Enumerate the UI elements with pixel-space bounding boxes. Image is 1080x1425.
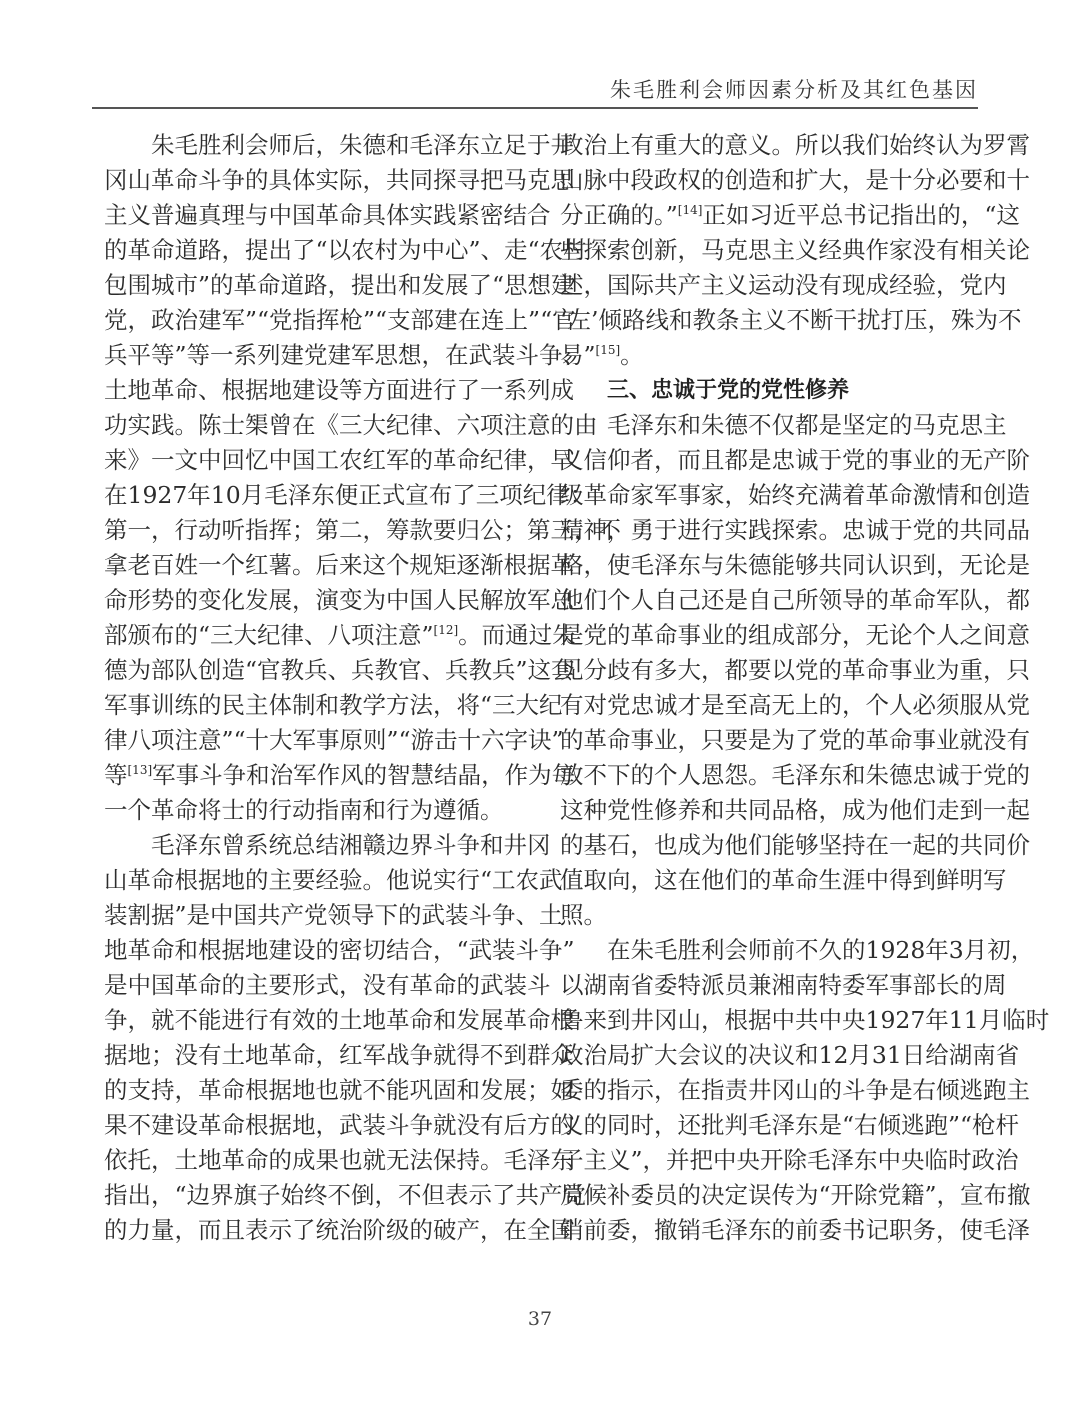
text-line: 依托，土地革命的成果也就无法保持。毛泽东 — [104, 1143, 522, 1178]
line-text: 据地；没有土地革命，红军战争就得不到群众 — [104, 1041, 574, 1069]
line-text: 政治上有重大的意义。所以我们始终认为罗霄 — [560, 131, 1030, 159]
line-text: 易” — [560, 341, 596, 369]
line-text: 以湖南省委特派员兼湘南特委军事部长的周 — [560, 971, 1007, 999]
text-line: 主义普遍真理与中国革命具体实践紧密结合 — [104, 198, 522, 233]
line-text: 兵平等”等一系列建党建军思想，在武装斗争、 — [104, 341, 586, 369]
line-text: 毛泽东曾系统总结湘赣边界斗争和井冈 — [151, 831, 551, 859]
text-line: 据地；没有土地革命，红军战争就得不到群众 — [104, 1038, 522, 1073]
line-text: 毛泽东和朱德不仅都是坚定的马克思主 — [607, 411, 1007, 439]
line-text: 见分歧有多大，都要以党的革命事业为重，只 — [560, 656, 1030, 684]
text-line: 值取向，这在他们的革命生涯中得到鲜明写 — [560, 863, 978, 898]
text-line: 等[13]军事斗争和治军作风的智慧结晶，作为每 — [104, 758, 522, 793]
right-column: 政治上有重大的意义。所以我们始终认为罗霄山脉中段政权的创造和扩大，是十分必要和十… — [560, 128, 978, 1248]
line-text: 的革命道路，提出了“以农村为中心”、走“农村 — [104, 236, 587, 264]
line-text: 地革命和根据地建设的密切结合，“武装斗争” — [104, 936, 575, 964]
line-text: 冈山革命斗争的具体实际，共同探寻把马克思 — [104, 166, 574, 194]
line-text: 依托，土地革命的成果也就无法保持。毛泽东 — [104, 1146, 574, 1174]
left-column: 朱毛胜利会师后，朱德和毛泽东立足于井冈山革命斗争的具体实际，共同探寻把马克思主义… — [104, 128, 522, 1248]
text-line: 律八项注意”“十大军事原则”“游击十六字诀” — [104, 723, 522, 758]
text-line: 些探索创新，马克思主义经典作家没有相关论 — [560, 233, 978, 268]
text-line: 功实践。陈士榘曾在《三大纪律、六项注意的由 — [104, 408, 522, 443]
text-line: 局候补委员的决定误传为“开除党籍”，宣布撤 — [560, 1178, 978, 1213]
line-text: 在朱毛胜利会师前不久的1928年3月初， — [607, 936, 1034, 964]
text-line: 易”[15]。 — [560, 338, 978, 373]
text-line: 这种党性修养和共同品格，成为他们走到一起 — [560, 793, 978, 828]
line-text: 山革命根据地的主要经验。他说实行“工农武 — [104, 866, 563, 894]
line-text: 功实践。陈士榘曾在《三大纪律、六项注意的由 — [104, 411, 598, 439]
line-text: 的基石，也成为他们能够坚持在一起的共同价 — [560, 831, 1030, 859]
text-line: 的基石，也成为他们能够坚持在一起的共同价 — [560, 828, 978, 863]
footnote-reference[interactable]: [13] — [128, 763, 153, 777]
line-text: 精神，勇于进行实践探索。忠诚于党的共同品 — [560, 516, 1030, 544]
section-heading: 三、忠诚于党的党性修养 — [560, 373, 978, 408]
line-text: 一个革命将士的行动指南和行为遵循。 — [104, 796, 504, 824]
text-line: 以湖南省委特派员兼湘南特委军事部长的周 — [560, 968, 978, 1003]
text-line: 山脉中段政权的创造和扩大，是十分必要和十 — [560, 163, 978, 198]
text-line: 在朱毛胜利会师前不久的1928年3月初， — [560, 933, 978, 968]
line-text: 级革命家军事家，始终充满着革命激情和创造 — [560, 481, 1030, 509]
line-text: 党，政治建军”“党指挥枪”“支部建在连上”“官 — [104, 306, 576, 334]
line-text: 拿老百姓一个红薯。后来这个规矩逐渐根据革 — [104, 551, 574, 579]
line-text: 是党的革命事业的组成部分，无论个人之间意 — [560, 621, 1030, 649]
text-line: 的革命道路，提出了“以农村为中心”、走“农村 — [104, 233, 522, 268]
text-line: 述，国际共产主义运动没有现成经验，党内 — [560, 268, 978, 303]
line-text: 销前委，撤销毛泽东的前委书记职务，使毛泽 — [560, 1216, 1030, 1244]
line-text: 局候补委员的决定误传为“开除党籍”，宣布撤 — [560, 1181, 1031, 1209]
text-line: 一个革命将士的行动指南和行为遵循。 — [104, 793, 522, 828]
text-line: 土地革命、根据地建设等方面进行了一系列成 — [104, 373, 522, 408]
line-text: 子主义”，并把中央开除毛泽东中央临时政治 — [560, 1146, 1019, 1174]
text-line: 放不下的个人恩怨。毛泽东和朱德忠诚于党的 — [560, 758, 978, 793]
line-text: 述，国际共产主义运动没有现成经验，党内 — [560, 271, 1007, 299]
text-line: 的力量，而且表示了统治阶级的破产，在全国 — [104, 1213, 522, 1248]
line-text: 部颁布的“三大纪律、八项注意” — [104, 621, 434, 649]
line-text: 命形势的变化发展，演变为中国人民解放军总 — [104, 586, 574, 614]
line-text-continued: 。而通过朱 — [458, 621, 576, 649]
text-line: 德为部队创造“官教兵、兵教官、兵教兵”这套 — [104, 653, 522, 688]
text-line: 地革命和根据地建设的密切结合，“武装斗争” — [104, 933, 522, 968]
text-line: 兵平等”等一系列建党建军思想，在武装斗争、 — [104, 338, 522, 373]
text-line: 毛泽东和朱德不仅都是坚定的马克思主 — [560, 408, 978, 443]
text-line: 来》一文中回忆中国工农红军的革命纪律，早 — [104, 443, 522, 478]
text-line: 销前委，撤销毛泽东的前委书记职务，使毛泽 — [560, 1213, 978, 1248]
line-text: 律八项注意”“十大军事原则”“游击十六字诀” — [104, 726, 564, 754]
line-text: 朱毛胜利会师后，朱德和毛泽东立足于井 — [151, 131, 574, 159]
line-text-continued: 正如习近平总书记指出的，“这 — [702, 201, 1020, 229]
text-line: 鲁来到井冈山，根据中共中央1927年11月临时 — [560, 1003, 978, 1038]
line-text: 山脉中段政权的创造和扩大，是十分必要和十 — [560, 166, 1030, 194]
line-text: 放不下的个人恩怨。毛泽东和朱德忠诚于党的 — [560, 761, 1030, 789]
text-line: 义的同时，还批判毛泽东是“右倾逃跑”“枪杆 — [560, 1108, 978, 1143]
text-line: 果不建设革命根据地，武装斗争就没有后方的 — [104, 1108, 522, 1143]
text-line: 他们个人自己还是自己所领导的革命军队，都 — [560, 583, 978, 618]
line-text: 分正确的。” — [560, 201, 678, 229]
text-line: 政治局扩大会议的决议和12月31日给湖南省 — [560, 1038, 978, 1073]
text-line: 第一，行动听指挥；第二，筹款要归公；第三，不 — [104, 513, 522, 548]
line-text: 格，使毛泽东与朱德能够共同认识到，无论是 — [560, 551, 1030, 579]
text-line: 指出，“边界旗子始终不倒，不但表示了共产党 — [104, 1178, 522, 1213]
text-line: 山革命根据地的主要经验。他说实行“工农武 — [104, 863, 522, 898]
line-text: ‘左’倾路线和教条主义不断干扰打压，殊为不 — [560, 306, 1021, 334]
text-line: 照。 — [560, 898, 978, 933]
line-text: 委的指示，在指责井冈山的斗争是右倾逃跑主 — [560, 1076, 1030, 1104]
line-text: 第一，行动听指挥；第二，筹款要归公；第三，不 — [104, 516, 621, 544]
line-text: 他们个人自己还是自己所领导的革命军队，都 — [560, 586, 1030, 614]
text-line: 的革命事业，只要是为了党的革命事业就没有 — [560, 723, 978, 758]
footnote-reference[interactable]: [14] — [678, 203, 703, 217]
text-line: 在1927年10月毛泽东便正式宣布了三项纪律： — [104, 478, 522, 513]
text-line: 是党的革命事业的组成部分，无论个人之间意 — [560, 618, 978, 653]
line-text: 鲁来到井冈山，根据中共中央1927年11月临时 — [560, 1006, 1049, 1034]
line-text: 指出，“边界旗子始终不倒，不但表示了共产党 — [104, 1181, 586, 1209]
line-text: 土地革命、根据地建设等方面进行了一系列成 — [104, 376, 574, 404]
text-line: 格，使毛泽东与朱德能够共同认识到，无论是 — [560, 548, 978, 583]
line-text: 照。 — [560, 901, 607, 929]
text-line: ‘左’倾路线和教条主义不断干扰打压，殊为不 — [560, 303, 978, 338]
header-rule — [92, 107, 978, 109]
text-line: 精神，勇于进行实践探索。忠诚于党的共同品 — [560, 513, 978, 548]
line-text: 值取向，这在他们的革命生涯中得到鲜明写 — [560, 866, 1007, 894]
line-text: 这种党性修养和共同品格，成为他们走到一起 — [560, 796, 1030, 824]
line-text: 包围城市”的革命道路，提出和发展了“思想建 — [104, 271, 575, 299]
line-text: 的支持，革命根据地也就不能巩固和发展；如 — [104, 1076, 574, 1104]
text-line: 包围城市”的革命道路，提出和发展了“思想建 — [104, 268, 522, 303]
line-text: 的力量，而且表示了统治阶级的破产，在全国 — [104, 1216, 574, 1244]
text-line: 部颁布的“三大纪律、八项注意”[12]。而通过朱 — [104, 618, 522, 653]
text-line: 义信仰者，而且都是忠诚于党的事业的无产阶 — [560, 443, 978, 478]
line-text: 装割据”是中国共产党领导下的武装斗争、土 — [104, 901, 563, 929]
text-line: 政治上有重大的意义。所以我们始终认为罗霄 — [560, 128, 978, 163]
page-number: 37 — [0, 1308, 1080, 1330]
text-line: 的支持，革命根据地也就不能巩固和发展；如 — [104, 1073, 522, 1108]
text-line: 命形势的变化发展，演变为中国人民解放军总 — [104, 583, 522, 618]
line-text-continued: 。 — [620, 341, 644, 369]
line-text: 政治局扩大会议的决议和12月31日给湖南省 — [560, 1041, 1019, 1069]
text-line: 有对党忠诚才是至高无上的，个人必须服从党 — [560, 688, 978, 723]
text-line: 见分歧有多大，都要以党的革命事业为重，只 — [560, 653, 978, 688]
footnote-reference[interactable]: [15] — [596, 343, 621, 357]
line-text: 等 — [104, 761, 128, 789]
line-text-continued: 军事斗争和治军作风的智慧结晶，作为每 — [152, 761, 575, 789]
text-line: 朱毛胜利会师后，朱德和毛泽东立足于井 — [104, 128, 522, 163]
text-line: 争，就不能进行有效的土地革命和发展革命根 — [104, 1003, 522, 1038]
line-text: 些探索创新，马克思主义经典作家没有相关论 — [560, 236, 1030, 264]
text-line: 级革命家军事家，始终充满着革命激情和创造 — [560, 478, 978, 513]
line-text: 来》一文中回忆中国工农红军的革命纪律，早 — [104, 446, 574, 474]
line-text: 在1927年10月毛泽东便正式宣布了三项纪律： — [104, 481, 593, 509]
text-line: 冈山革命斗争的具体实际，共同探寻把马克思 — [104, 163, 522, 198]
line-text: 义的同时，还批判毛泽东是“右倾逃跑”“枪杆 — [560, 1111, 1019, 1139]
line-text: 军事训练的民主体制和教学方法，将“三大纪 — [104, 691, 563, 719]
line-text: 德为部队创造“官教兵、兵教官、兵教兵”这套 — [104, 656, 575, 684]
line-text: 主义普遍真理与中国革命具体实践紧密结合 — [104, 201, 551, 229]
line-text: 三、忠诚于党的党性修养 — [607, 378, 849, 403]
text-line: 军事训练的民主体制和教学方法，将“三大纪 — [104, 688, 522, 723]
line-text: 是中国革命的主要形式，没有革命的武装斗 — [104, 971, 551, 999]
text-line: 毛泽东曾系统总结湘赣边界斗争和井冈 — [104, 828, 522, 863]
text-line: 是中国革命的主要形式，没有革命的武装斗 — [104, 968, 522, 1003]
text-line: 子主义”，并把中央开除毛泽东中央临时政治 — [560, 1143, 978, 1178]
running-head-title: 朱毛胜利会师因素分析及其红色基因 — [92, 74, 978, 104]
line-text: 果不建设革命根据地，武装斗争就没有后方的 — [104, 1111, 574, 1139]
line-text: 的革命事业，只要是为了党的革命事业就没有 — [560, 726, 1030, 754]
text-line: 装割据”是中国共产党领导下的武装斗争、土 — [104, 898, 522, 933]
line-text: 争，就不能进行有效的土地革命和发展革命根 — [104, 1006, 574, 1034]
footnote-reference[interactable]: [12] — [434, 623, 459, 637]
line-text: 义信仰者，而且都是忠诚于党的事业的无产阶 — [560, 446, 1030, 474]
text-line: 委的指示，在指责井冈山的斗争是右倾逃跑主 — [560, 1073, 978, 1108]
text-line: 党，政治建军”“党指挥枪”“支部建在连上”“官 — [104, 303, 522, 338]
line-text: 有对党忠诚才是至高无上的，个人必须服从党 — [560, 691, 1030, 719]
text-line: 分正确的。”[14]正如习近平总书记指出的，“这 — [560, 198, 978, 233]
text-line: 拿老百姓一个红薯。后来这个规矩逐渐根据革 — [104, 548, 522, 583]
